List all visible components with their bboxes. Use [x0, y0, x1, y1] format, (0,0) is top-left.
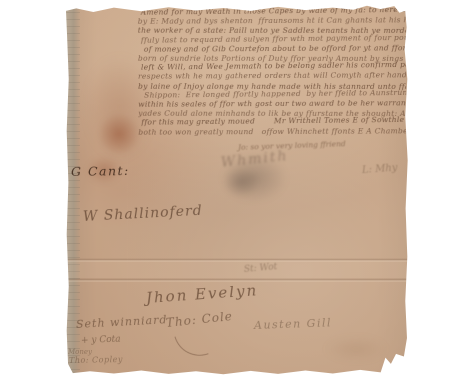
signature-cota-mark: + y Cota [81, 335, 121, 346]
signature-bottom-faint-2: Tho: Copley [69, 355, 123, 365]
stain-bottom-right [314, 333, 398, 365]
signature-winniard: Seth winniard [76, 313, 168, 331]
fold-band [66, 260, 408, 278]
signature-challoner: W Shallinoferd [83, 203, 203, 225]
signature-jhon-evelyn: Jhon Evelyn [145, 281, 258, 307]
manuscript-line: within his seales of ffor wth gost our t… [138, 98, 406, 109]
signature-g-cant: G Cant: [71, 163, 130, 179]
manuscript-line: respects wth he may gathered orders that… [138, 71, 406, 82]
photo-background: Amend for may Weath in those Capes by wa… [0, 0, 468, 382]
manuscript-line: by E: Mady and bys shenton ffraunsoms ht… [138, 16, 406, 27]
closing-line: Jo: so yor very loving ffriend [238, 139, 346, 152]
manuscript-line: both too won greatly mound offow Whinche… [138, 126, 406, 137]
signature-right-faint: L: Mhy [362, 163, 398, 176]
manuscript-text-block: Amend for may Weath in those Capes by wa… [138, 6, 407, 136]
manuscript-paper: Amend for may Weath in those Capes by wa… [66, 5, 408, 375]
signature-flourish [174, 328, 208, 362]
signature-tho-cole: Tho: Cole [165, 309, 233, 330]
manuscript-line: of money and of Gib Courtefon about to b… [144, 43, 406, 54]
fold-crease-upper [66, 258, 408, 262]
fold-crease-lower [66, 278, 408, 282]
signature-austen-gill: Austen Gill [254, 316, 332, 332]
